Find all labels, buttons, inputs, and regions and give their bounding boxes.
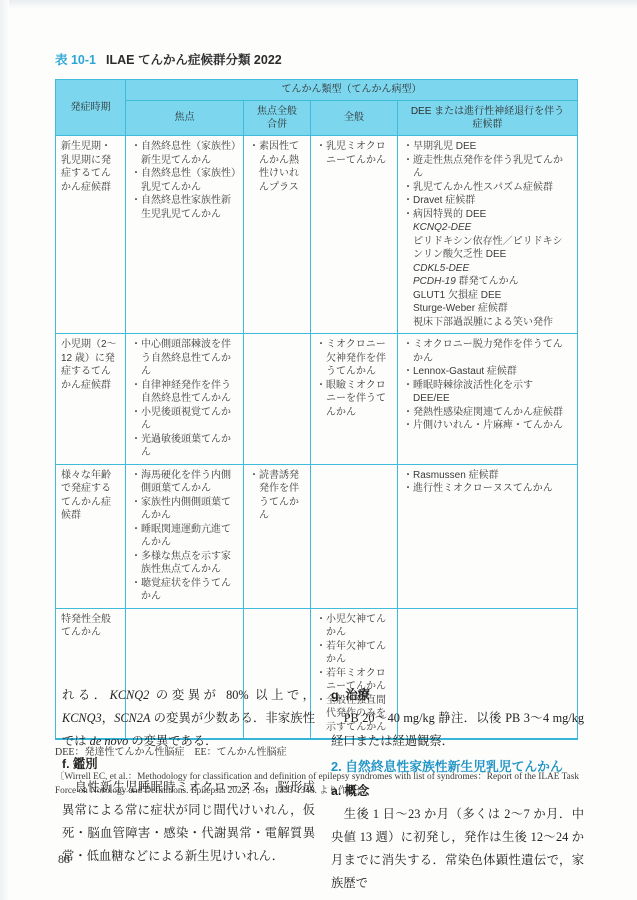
cell-item: ・自然終息性（家族性）新生児てんかん bbox=[131, 140, 238, 167]
cell-item: ・眼瞼ミオクロニーを伴うてんかん bbox=[316, 379, 392, 420]
cell-item: ・乳児てんかん性スパズム症候群 bbox=[403, 181, 572, 195]
paragraph: PB 20〜40 mg/kg 静注．以後 PB 3〜4 mg/kg 経口または経… bbox=[331, 707, 584, 753]
subheading: g. 治療 bbox=[331, 684, 584, 707]
cell-item: KCNQ2-DEE bbox=[403, 221, 572, 235]
cell-focal: ・中心側頭部棘波を伴う自然終息性てんかん・自律神経発作を伴う自然終息性てんかん・… bbox=[126, 334, 244, 465]
cell-dee: ・Rasmussen 症候群・進行性ミオクローヌスてんかん bbox=[398, 464, 578, 608]
cell-item: ・睡眠時棘徐波活性化を示す DEE/EE bbox=[403, 379, 572, 406]
cell-item: ・ミオクロニー欠神発作を伴うてんかん bbox=[316, 338, 392, 379]
body-column-right: g. 治療 PB 20〜40 mg/kg 静注．以後 PB 3〜4 mg/kg … bbox=[331, 684, 584, 895]
cell-item: ・睡眠関連運動亢進てんかん bbox=[131, 523, 238, 550]
cell-onset: 新生児期・乳児期に発症するてんかん症候群 bbox=[56, 136, 126, 334]
cell-item: ・聴覚症状を伴うてんかん bbox=[131, 577, 238, 604]
cell-generalized: ・ミオクロニー欠神発作を伴うてんかん・眼瞼ミオクロニーを伴うてんかん bbox=[311, 334, 398, 465]
body-column-left: れる．KCNQ2 の変異が 80% 以上で，KCNQ3，SCN2A の変異が少数… bbox=[62, 684, 315, 895]
cell-item: ・家族性内側側頭葉てんかん bbox=[131, 496, 238, 523]
table-row: 様々な年齢で発症するてんかん症候群 ・海馬硬化を伴う内側側頭葉てんかん・家族性内… bbox=[56, 464, 578, 608]
col-header-onset: 発症時期 bbox=[56, 80, 126, 136]
cell-generalized bbox=[311, 464, 398, 608]
cell-item: ・早期乳児 DEE bbox=[403, 140, 572, 154]
syndrome-table: 発症時期 てんかん類型（てんかん病型） 焦点 焦点全般 合併 全般 DEE また… bbox=[55, 79, 578, 740]
cell-onset: 様々な年齢で発症するてんかん症候群 bbox=[56, 464, 126, 608]
cell-item: ・片側けいれん・片麻痺・てんかん bbox=[403, 419, 572, 433]
page-number: 88 bbox=[58, 852, 70, 867]
cell-item: ・若年欠神てんかん bbox=[316, 640, 392, 667]
cell-focal: ・自然終息性（家族性）新生児てんかん・自然終息性（家族性）乳児てんかん・自然終息… bbox=[126, 136, 244, 334]
cell-item: ・海馬硬化を伴う内側側頭葉てんかん bbox=[131, 469, 238, 496]
cell-item: ・小児欠神てんかん bbox=[316, 613, 392, 640]
cell-item: PCDH-19 群発てんかん bbox=[403, 275, 572, 289]
cell-dee: ・早期乳児 DEE・遊走性焦点発作を伴う乳児てんかん・乳児てんかん性スパズム症候… bbox=[398, 136, 578, 334]
col-header-dee: DEE または進行性神経退行を伴う 症候群 bbox=[398, 101, 578, 136]
cell-item: ・ミオクロニー脱力発作を伴うてんかん bbox=[403, 338, 572, 365]
cell-combined: ・素因性てんかん熱性けいれんプラス bbox=[244, 136, 311, 334]
table-title-text: ILAE てんかん症候群分類 2022 bbox=[106, 53, 282, 67]
col-header-combined: 焦点全般 合併 bbox=[244, 101, 311, 136]
cell-item: ・光過敏後頭葉てんかん bbox=[131, 433, 238, 460]
col-header-focal: 焦点 bbox=[126, 101, 244, 136]
cell-item: ・自然終息性家族性新生児乳児てんかん bbox=[131, 194, 238, 221]
cell-item: ・Rasmussen 症候群 bbox=[403, 469, 572, 483]
cell-item: ・Dravet 症候群 bbox=[403, 194, 572, 208]
cell-item: CDKL5-DEE bbox=[403, 262, 572, 276]
table-title: 表 10-1ILAE てんかん症候群分類 2022 bbox=[55, 50, 579, 68]
cell-combined bbox=[244, 334, 311, 465]
cell-item: ・自律神経発作を伴う自然終息性てんかん bbox=[131, 379, 238, 406]
cell-combined: ・読書誘発発作を伴うてんかん bbox=[244, 464, 311, 608]
scan-edge-left bbox=[0, 0, 9, 900]
cell-item: ・自然終息性（家族性）乳児てんかん bbox=[131, 167, 238, 194]
cell-item: Sturge-Weber 症候群 bbox=[403, 302, 572, 316]
body-text: れる．KCNQ2 の変異が 80% 以上で，KCNQ3，SCN2A の変異が少数… bbox=[62, 684, 584, 895]
paragraph: 良性新生児睡眠時ミオクローヌス，脳形成異常による常に症状が同じ間代けいれん，仮死… bbox=[62, 776, 315, 868]
cell-item: GLUT1 欠損症 DEE bbox=[403, 289, 572, 303]
cell-onset: 小児期（2〜12 歳）に発症するてんかん症候群 bbox=[56, 334, 126, 465]
cell-item: ・進行性ミオクローヌスてんかん bbox=[403, 482, 572, 496]
subheading: f. 鑑別 bbox=[62, 753, 315, 776]
col-header-generalized: 全般 bbox=[311, 101, 398, 136]
cell-item: ・素因性てんかん熱性けいれんプラス bbox=[249, 140, 305, 194]
cell-item: ・多様な焦点を示す家族性焦点てんかん bbox=[131, 550, 238, 577]
table-row: 小児期（2〜12 歳）に発症するてんかん症候群 ・中心側頭部棘波を伴う自然終息性… bbox=[56, 334, 578, 465]
cell-item: ・読書誘発発作を伴うてんかん bbox=[249, 469, 305, 523]
cell-generalized: ・乳児ミオクロニーてんかん bbox=[311, 136, 398, 334]
cell-item: ・中心側頭部棘波を伴う自然終息性てんかん bbox=[131, 338, 238, 379]
cell-item: ・Lennox-Gastaut 症候群 bbox=[403, 365, 572, 379]
cell-item: 視床下部過誤腫による笑い発作 bbox=[403, 316, 572, 330]
col-header-group: てんかん類型（てんかん病型） bbox=[126, 80, 578, 101]
cell-item: ・乳児ミオクロニーてんかん bbox=[316, 140, 392, 167]
cell-item: ・小児後頭視覚てんかん bbox=[131, 406, 238, 433]
cell-item: ・遊走性焦点発作を伴う乳児てんかん bbox=[403, 154, 572, 181]
section-heading: 2. 自然終息性家族性新生児乳児てんかん bbox=[331, 754, 584, 779]
table-row: 新生児期・乳児期に発症するてんかん症候群 ・自然終息性（家族性）新生児てんかん・… bbox=[56, 136, 578, 334]
table-number: 表 10-1 bbox=[55, 53, 96, 67]
cell-focal: ・海馬硬化を伴う内側側頭葉てんかん・家族性内側側頭葉てんかん・睡眠関連運動亢進て… bbox=[126, 464, 244, 608]
scan-edge-top bbox=[0, 0, 637, 9]
cell-dee: ・ミオクロニー脱力発作を伴うてんかん・Lennox-Gastaut 症候群・睡眠… bbox=[398, 334, 578, 465]
cell-item: ・病因特異的 DEE bbox=[403, 208, 572, 222]
document-page: 表 10-1ILAE てんかん症候群分類 2022 発症時期 てんかん類型（てん… bbox=[0, 0, 637, 900]
paragraph: れる．KCNQ2 の変異が 80% 以上で，KCNQ3，SCN2A の変異が少数… bbox=[62, 684, 315, 753]
cell-item: ・発熱性感染症関連てんかん症候群 bbox=[403, 406, 572, 420]
subheading: a. 概念 bbox=[331, 780, 584, 803]
paragraph: 生後 1 日〜23 か月（多くは 2〜7 か月．中央値 13 週）に初発し，発作… bbox=[331, 803, 584, 895]
cell-item: ピリドキシン依存性／ピリドキシンリン酸欠乏性 DEE bbox=[403, 235, 572, 262]
